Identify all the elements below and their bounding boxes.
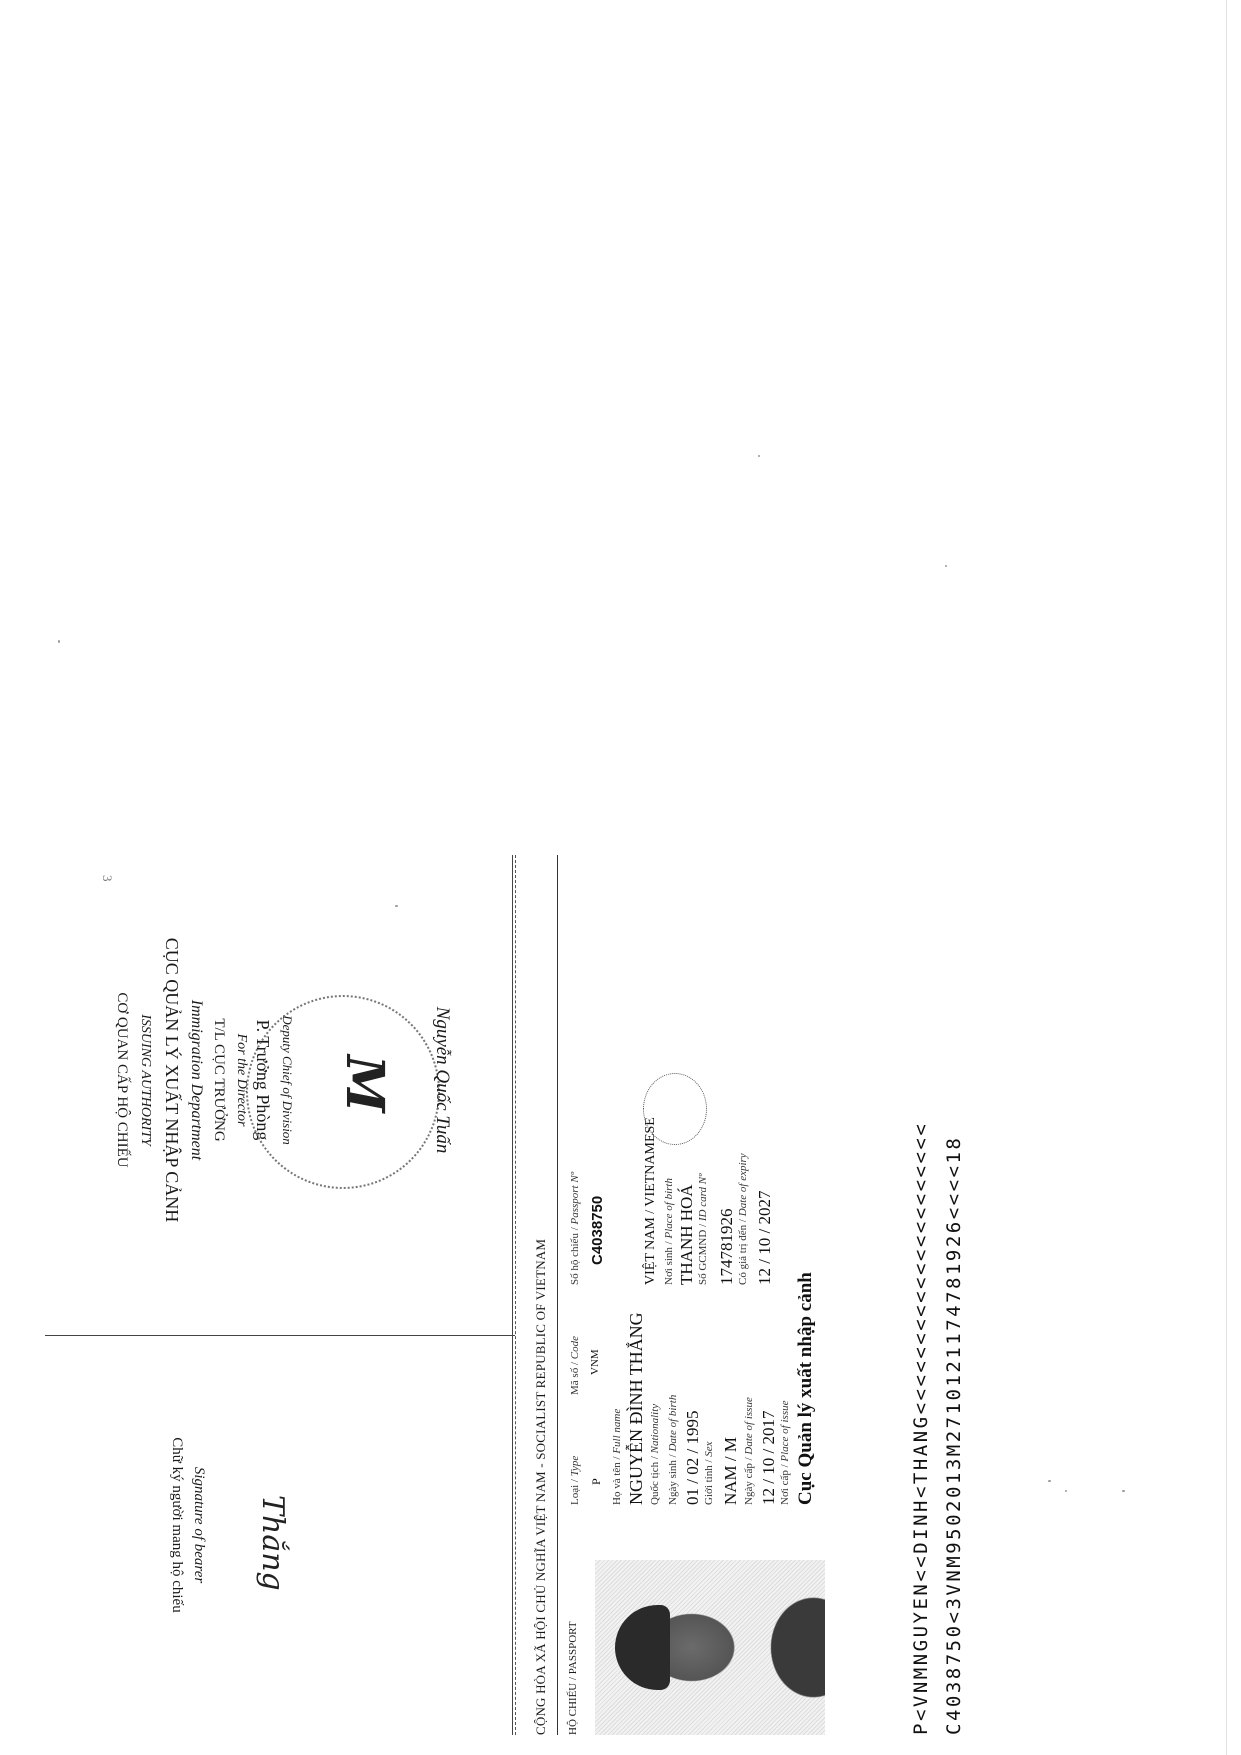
issuing-authority-vn: CƠ QUAN CẤP HỘ CHIẾU — [113, 915, 130, 1245]
header-rule — [557, 855, 558, 1735]
id-card-label: Số GCMND / ID card Nº — [697, 1174, 709, 1285]
issue-date-label: Ngày cấp / Date of issue — [743, 1397, 755, 1505]
type-label: Loại / Type — [569, 1456, 581, 1505]
issuing-authority-en: ISSUING AUTHORITY — [137, 915, 153, 1245]
official-name: Nguyễn Quốc Tuấn — [431, 915, 453, 1245]
code-label: Mã số / Code — [569, 1336, 581, 1395]
date-of-expiry: 12 / 10 / 2027 — [755, 1191, 775, 1285]
passport-no-label: Số hộ chiếu / Passport Nº — [569, 1172, 581, 1285]
scan-speck — [1065, 1490, 1067, 1492]
page-edge-line — [512, 855, 513, 1735]
dob-label: Ngày sinh / Date of birth — [667, 1395, 679, 1505]
id-card-number: 174781926 — [717, 1209, 737, 1286]
bearer-signature-label-en: Signature of bearer — [190, 1375, 207, 1675]
date-of-issue: 12 / 10 / 2017 — [759, 1411, 779, 1505]
date-of-birth: 01 / 02 / 1995 — [683, 1411, 703, 1505]
place-of-issue: Cục Quản lý xuất nhập cảnh — [795, 1272, 817, 1505]
mrz-line-1: P<VNMNGUYEN<<DINH<THANG<<<<<<<<<<<<<<<<<… — [910, 1122, 932, 1735]
bearer-signature-label-vn: Chữ ký người mang hộ chiếu — [168, 1375, 185, 1675]
page-divider — [45, 1335, 515, 1336]
type-value: P — [589, 1478, 604, 1485]
scan-speck — [58, 640, 60, 643]
sex: NAM / M — [721, 1437, 741, 1505]
bearer-signature: Thắng — [255, 1495, 290, 1591]
page-number: 3 — [99, 875, 115, 882]
scan-speck — [1048, 1480, 1051, 1482]
nationality-label: Quốc tịch / Nationality — [649, 1404, 661, 1505]
holder-photo — [595, 1560, 825, 1735]
scan-speck — [1122, 1490, 1125, 1492]
document-title: HỘ CHIẾU / PASSPORT — [567, 1621, 579, 1735]
emblem-stamp — [643, 1073, 707, 1145]
place-of-issue-label: Nơi cấp / Place of issue — [779, 1401, 791, 1506]
scan-edge — [1226, 0, 1227, 1755]
nationality: VIỆT NAM / VIETNAMESE — [643, 1117, 659, 1285]
authority-page: 3 CƠ QUAN CẤP HỘ CHIẾU ISSUING AUTHORITY… — [45, 855, 516, 1735]
department-vn: CỤC QUẢN LÝ XUẤT NHẬP CẢNH — [161, 885, 182, 1275]
scan-speck — [758, 455, 760, 457]
full-name-label: Họ và tên / Full name — [611, 1409, 623, 1505]
full-name: NGUYỄN ĐÌNH THẮNG — [626, 1312, 647, 1505]
code-value: VNM — [589, 1349, 601, 1375]
country-header: CỘNG HÒA XÃ HỘI CHỦ NGHĨA VIỆT NAM - SOC… — [533, 1239, 549, 1735]
for-director-vn: T/L CỤC TRƯỞNG — [210, 915, 227, 1245]
department-en: Immigration Department — [187, 915, 205, 1245]
sex-label: Giới tính / Sex — [703, 1441, 715, 1505]
passport-spread: 3 CƠ QUAN CẤP HỘ CHIẾU ISSUING AUTHORITY… — [45, 855, 1005, 1735]
place-of-birth: THANH HOÁ — [677, 1184, 697, 1285]
passport-number: C4038750 — [589, 1196, 606, 1265]
pob-label: Nơi sinh / Place of birth — [663, 1178, 675, 1285]
scan-speck — [945, 565, 947, 567]
mrz-line-2: C4038750<3VNM9502013M2710121174781926<<<… — [943, 1136, 965, 1735]
expiry-label: Có giá trị đến / Date of expiry — [737, 1153, 749, 1285]
data-page: CỘNG HÒA XÃ HỘI CHỦ NGHĨA VIỆT NAM - SOC… — [515, 855, 1005, 1735]
official-signature: M — [334, 1055, 395, 1113]
